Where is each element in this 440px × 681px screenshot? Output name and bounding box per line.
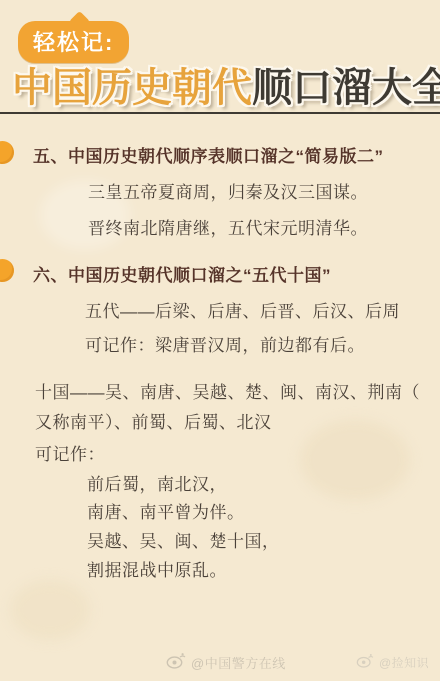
page-title-orange-part: 中国历史朝代 [12, 66, 252, 110]
header-badge-label: 轻松记: [33, 30, 114, 55]
section-5-heading: 五、中国历史朝代顺序表顺口溜之“简易版二” [33, 142, 384, 167]
page-title-dark-part: 顺口溜大全 [252, 66, 440, 110]
ten-kingdoms-poem-line: 前后蜀，南北汉， [87, 470, 227, 495]
ten-kingdoms-poem-line: 吴越、吴、闽、楚十国， [87, 527, 280, 552]
section-5-line: 晋终南北隋唐继，五代宋元明清华。 [88, 214, 368, 239]
paper-texture [300, 420, 410, 500]
poster-canvas: 轻松记: 中国历史朝代顺口溜大全 五、中国历史朝代顺序表顺口溜之“简易版二” 三… [0, 0, 440, 681]
ten-kingdoms-poem-line: 南唐、南平曾为伴。 [87, 498, 245, 523]
ten-kingdoms-poem-line: 割据混战中原乱。 [87, 556, 227, 581]
section-5-bullet-dot [0, 141, 14, 164]
page-title: 中国历史朝代顺口溜大全 [12, 56, 440, 113]
section-6-line: 可记作：梁唐晋汉周，前边都有后。 [85, 331, 365, 356]
paper-texture [10, 580, 90, 640]
divider-line [0, 112, 440, 114]
ten-kingdoms-line: 又称南平）、前蜀、后蜀、北汉 [35, 408, 272, 433]
section-6-bullet-dot [0, 259, 14, 282]
watermark-left: @中国警方在线 [166, 652, 286, 672]
section-6-line: 五代——后梁、后唐、后晋、后汉、后周 [85, 297, 400, 322]
weibo-logo-icon [166, 652, 186, 672]
weibo-logo-icon [356, 653, 374, 671]
ten-kingdoms-line: 十国——吴、南唐、吴越、楚、闽、南汉、荆南（ [35, 378, 420, 403]
watermark-right: @捡知识 [356, 653, 429, 671]
watermark-right-text: @捡知识 [379, 654, 429, 671]
ten-kingdoms-mnemonic-label: 可记作： [35, 440, 105, 465]
watermark-left-text: @中国警方在线 [191, 653, 286, 672]
section-5-line: 三皇五帝夏商周，归秦及汉三国谋。 [88, 178, 368, 203]
section-6-heading: 六、中国历史朝代顺口溜之“五代十国” [33, 261, 331, 286]
